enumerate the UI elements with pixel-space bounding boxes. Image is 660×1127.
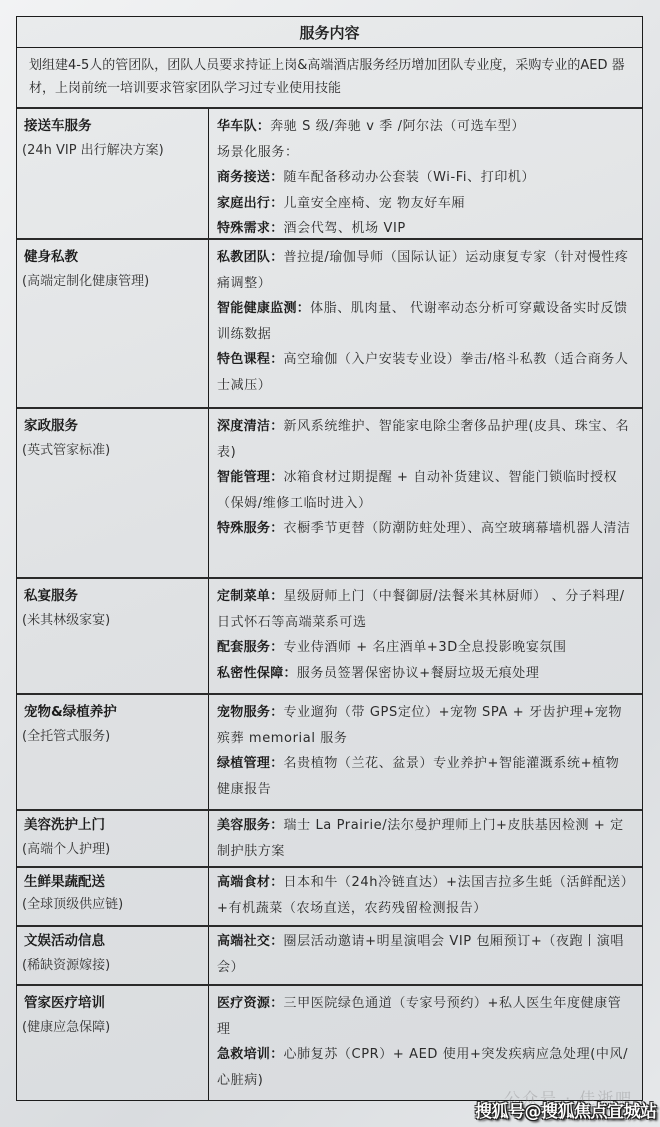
item-text: 服务员签署保密协议+餐厨垃圾无痕处理 [297, 666, 540, 681]
item-label: 深度清洁： [217, 419, 284, 434]
item-label: 配套服务： [217, 640, 284, 655]
detail-item: 商务接送：随车配备移动办公套装（Wi-Fi、打印机） [217, 165, 632, 191]
item-text: 场景化服务： [217, 145, 299, 160]
category-cell: 宠物&绿植养护 (全托管式服务) [17, 695, 209, 809]
category-name: 宠物&绿植养护 [24, 700, 202, 724]
category-name: 文娱活动信息 [24, 929, 202, 953]
detail-item: 特殊服务：衣橱季节更替（防潮防蛀处理）、高空玻璃幕墙机器人清洁 [217, 516, 632, 542]
table-row-car-service: 接送车服务 (24h VIP 出行解决方案) 华车队：奔驰 S 级/奔驰 v 季… [17, 109, 642, 240]
item-label: 绿植管理： [217, 756, 284, 771]
detail-item: 私密性保障：服务员签署保密协议+餐厨垃圾无痕处理 [217, 661, 632, 687]
detail-item: 私教团队：普拉提/瑜伽导师（国际认证）运动康复专家（针对慢性疼痛调整） [217, 245, 632, 296]
item-text: 随车配备移动办公套装（Wi-Fi、打印机） [284, 170, 536, 185]
detail-item: 高端社交：圈层活动邀请+明星演唱会 VIP 包厢预订+（夜跑丨演唱会） [217, 929, 632, 980]
item-label: 高端社交： [217, 934, 284, 949]
category-subtitle: (全托管式服务) [22, 724, 202, 750]
intro-text: 划组建4-5人的管团队，团队人员要求持证上岗&高端酒店服务经历增加团队专业度，采… [17, 48, 642, 109]
item-label: 特色课程： [217, 352, 284, 367]
item-label: 华车队： [217, 119, 270, 134]
detail-item: 华车队：奔驰 S 级/奔驰 v 季 /阿尔法（可选车型） [217, 114, 632, 140]
detail-cell: 高端社交：圈层活动邀请+明星演唱会 VIP 包厢预订+（夜跑丨演唱会） [209, 927, 642, 984]
category-name: 家政服务 [24, 414, 202, 438]
detail-cell: 定制菜单：星级厨师上门（中餐御厨/法餐米其林厨师） 、分子料理/日式怀石等高端菜… [209, 579, 642, 693]
category-name: 私宴服务 [24, 584, 202, 608]
detail-item: 特殊需求：酒会代驾、机场 VIP [217, 216, 632, 242]
item-text: 奔驰 S 级/奔驰 v 季 /阿尔法（可选车型） [270, 119, 525, 134]
detail-item: 特色课程：高空瑜伽（入户安装专业设）拳击/格斗私教（适合商务人士减压） [217, 347, 632, 398]
detail-item: 绿植管理：名贵植物（兰花、盆景）专业养护+智能灌溉系统+植物健康报告 [217, 751, 632, 802]
item-label: 私密性保障： [217, 666, 297, 681]
table-row-fresh-produce: 生鲜果蔬配送 (全球顶级供应链) 高端食材：日本和牛（24h冷链直达）+法国吉拉… [17, 868, 642, 927]
detail-cell: 深度清洁：新风系统维护、智能家电除尘奢侈品护理(皮具、珠宝、名表) 智能管理：冰… [209, 409, 642, 577]
category-subtitle: (英式管家标准) [22, 438, 202, 464]
detail-item: 深度清洁：新风系统维护、智能家电除尘奢侈品护理(皮具、珠宝、名表) [217, 414, 632, 465]
table-title: 服务内容 [17, 17, 642, 48]
detail-item: 场景化服务： [217, 140, 632, 166]
item-label: 医疗资源： [217, 996, 284, 1011]
service-table: 服务内容 划组建4-5人的管团队，团队人员要求持证上岗&高端酒店服务经历增加团队… [16, 16, 643, 1101]
detail-item: 医疗资源：三甲医院绿色通道（专家号预约）+私人医生年度健康管理 [217, 991, 632, 1042]
detail-item: 智能健康监测：体脂、肌肉量、 代谢率动态分析可穿戴设备实时反馈训练数据 [217, 296, 632, 347]
detail-item: 家庭出行：儿童安全座椅、宠 物友好车厢 [217, 191, 632, 217]
category-name: 生鲜果蔬配送 [24, 870, 202, 894]
table-row-pet-plant-care: 宠物&绿植养护 (全托管式服务) 宠物服务：专业遛狗（带 GPS定位）+宠物 S… [17, 695, 642, 811]
table-row-housekeeping: 家政服务 (英式管家标准) 深度清洁：新风系统维护、智能家电除尘奢侈品护理(皮具… [17, 409, 642, 579]
item-label: 急救培训： [217, 1047, 284, 1062]
item-label: 定制菜单： [217, 589, 284, 604]
category-cell: 接送车服务 (24h VIP 出行解决方案) [17, 109, 209, 238]
item-label: 私教团队： [217, 250, 284, 265]
detail-cell: 宠物服务：专业遛狗（带 GPS定位）+宠物 SPA + 牙齿护理+宠物殡葬 me… [209, 695, 642, 809]
category-name: 接送车服务 [24, 114, 202, 138]
item-label: 特殊需求： [217, 221, 284, 236]
detail-item: 配套服务：专业侍酒师 + 名庄酒单+3D全息投影晚宴氛围 [217, 635, 632, 661]
category-cell: 健身私教 (高端定制化健康管理) [17, 240, 209, 407]
category-cell: 生鲜果蔬配送 (全球顶级供应链) [17, 868, 209, 925]
item-label: 宠物服务： [217, 705, 284, 720]
item-text: 儿童安全座椅、宠 物友好车厢 [284, 196, 466, 211]
category-cell: 美容洗护上门 (高端个人护理) [17, 811, 209, 866]
detail-item: 定制菜单：星级厨师上门（中餐御厨/法餐米其林厨师） 、分子料理/日式怀石等高端菜… [217, 584, 632, 635]
detail-cell: 私教团队：普拉提/瑜伽导师（国际认证）运动康复专家（针对慢性疼痛调整） 智能健康… [209, 240, 642, 407]
category-cell: 文娱活动信息 (稀缺资源嫁接) [17, 927, 209, 984]
table-row-beauty-care: 美容洗护上门 (高端个人护理) 美容服务：瑞士 La Prairie/法尔曼护理… [17, 811, 642, 868]
category-cell: 管家医疗培训 (健康应急保障) [17, 986, 209, 1100]
category-name: 管家医疗培训 [24, 991, 202, 1015]
item-text: 衣橱季节更替（防潮防蛀处理）、高空玻璃幕墙机器人清洁 [284, 521, 631, 536]
category-subtitle: (米其林级家宴) [22, 608, 202, 634]
detail-cell: 美容服务：瑞士 La Prairie/法尔曼护理师上门+皮肤基因检测 + 定制护… [209, 811, 642, 866]
table-row-fitness: 健身私教 (高端定制化健康管理) 私教团队：普拉提/瑜伽导师（国际认证）运动康复… [17, 240, 642, 409]
item-label: 高端食材： [217, 875, 284, 890]
item-label: 智能管理： [217, 470, 284, 485]
category-subtitle: (全球顶级供应链) [22, 894, 202, 916]
category-cell: 私宴服务 (米其林级家宴) [17, 579, 209, 693]
item-label: 智能健康监测： [217, 301, 310, 316]
detail-item: 高端食材：日本和牛（24h冷链直达）+法国吉拉多生蚝（活鲜配送）+有机蔬菜（农场… [217, 870, 632, 921]
detail-item: 宠物服务：专业遛狗（带 GPS定位）+宠物 SPA + 牙齿护理+宠物殡葬 me… [217, 700, 632, 751]
item-text: 专业侍酒师 + 名庄酒单+3D全息投影晚宴氛围 [284, 640, 567, 655]
category-subtitle: (稀缺资源嫁接) [22, 953, 202, 979]
detail-cell: 医疗资源：三甲医院绿色通道（专家号预约）+私人医生年度健康管理 急救培训：心肺复… [209, 986, 642, 1100]
item-label: 特殊服务： [217, 521, 284, 536]
category-subtitle: (高端个人护理) [22, 837, 202, 863]
category-subtitle: (24h VIP 出行解决方案) [22, 138, 202, 164]
table-row-private-banquet: 私宴服务 (米其林级家宴) 定制菜单：星级厨师上门（中餐御厨/法餐米其林厨师） … [17, 579, 642, 695]
item-text: 酒会代驾、机场 VIP [284, 221, 406, 236]
detail-cell: 高端食材：日本和牛（24h冷链直达）+法国吉拉多生蚝（活鲜配送）+有机蔬菜（农场… [209, 868, 642, 925]
category-name: 健身私教 [24, 245, 202, 269]
category-subtitle: (高端定制化健康管理) [22, 269, 202, 295]
table-row-medical-training: 管家医疗培训 (健康应急保障) 医疗资源：三甲医院绿色通道（专家号预约）+私人医… [17, 986, 642, 1100]
category-subtitle: (健康应急保障) [22, 1015, 202, 1041]
detail-cell: 华车队：奔驰 S 级/奔驰 v 季 /阿尔法（可选车型） 场景化服务： 商务接送… [209, 109, 642, 238]
category-name: 美容洗护上门 [24, 813, 202, 837]
table-row-entertainment: 文娱活动信息 (稀缺资源嫁接) 高端社交：圈层活动邀请+明星演唱会 VIP 包厢… [17, 927, 642, 986]
category-cell: 家政服务 (英式管家标准) [17, 409, 209, 577]
item-label: 家庭出行： [217, 196, 284, 211]
item-label: 美容服务： [217, 818, 284, 833]
sohu-watermark: 搜狐号@搜狐焦点宜城站 [475, 1097, 657, 1122]
item-label: 商务接送： [217, 170, 284, 185]
detail-item: 智能管理：冰箱食材过期提醒 + 自动补货建议、智能门锁临时授权（保姆/维修工临时… [217, 465, 632, 516]
detail-item: 美容服务：瑞士 La Prairie/法尔曼护理师上门+皮肤基因检测 + 定制护… [217, 813, 632, 864]
